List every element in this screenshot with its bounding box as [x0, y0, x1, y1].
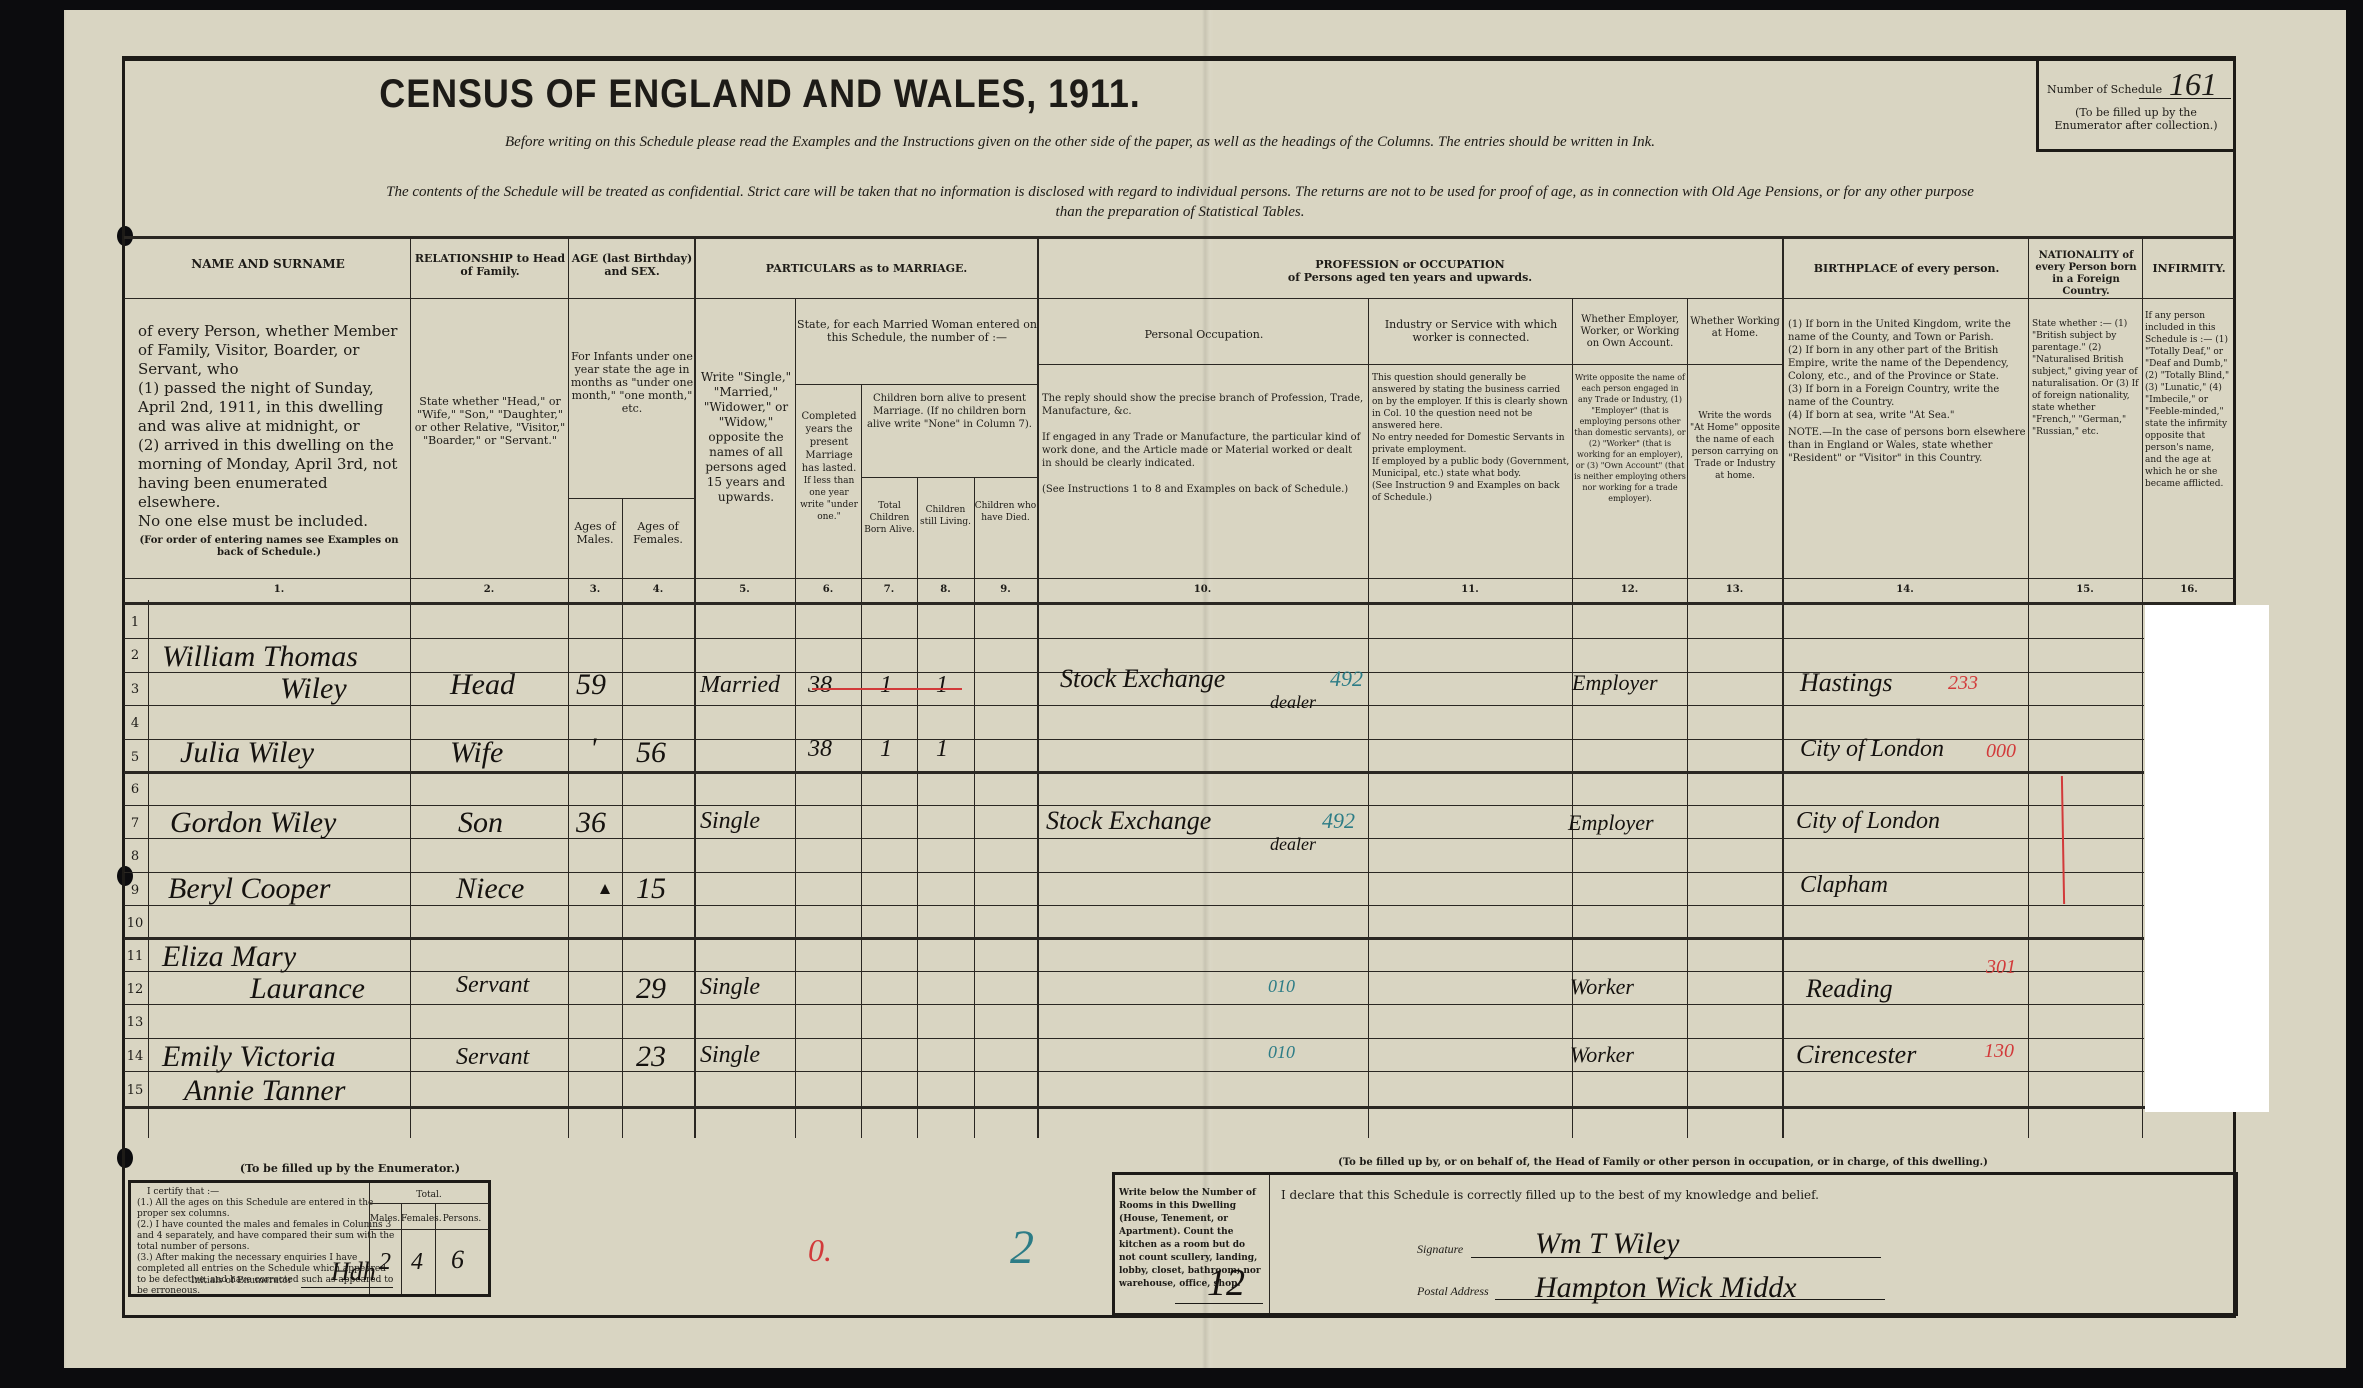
col-nationality-desc: State whether :— (1) "British subject by… [2032, 318, 2140, 438]
total-persons[interactable]: 6 [451, 1245, 464, 1275]
redacted-infirmity-column [2145, 605, 2269, 1112]
col-years-married-desc: Completed years the present Marriage has… [797, 410, 861, 523]
row-number: 10 [124, 916, 146, 931]
col-employer: Whether Employer, Worker, or Working on … [1573, 314, 1687, 350]
entry-relationship[interactable]: Son [458, 806, 503, 840]
initials-underline [301, 1287, 393, 1288]
row-number: 12 [124, 982, 146, 997]
entry-occupation-code: 492 [1330, 666, 1363, 692]
col-number-14: 14. [1782, 584, 2028, 596]
entry-birthplace[interactable]: Cirencester [1796, 1040, 1916, 1070]
entry-relationship[interactable]: Head [450, 668, 515, 702]
entry-children-born[interactable]: 1 [880, 736, 892, 763]
instruction-line: Before writing on this Schedule please r… [140, 134, 2020, 151]
col-age-header: AGE (last Birthday) and SEX. [570, 252, 694, 278]
col-number-12: 12. [1572, 584, 1687, 596]
confidential-line-2: than the preparation of Statistical Tabl… [140, 202, 2220, 222]
row-number: 7 [124, 816, 146, 831]
head-declaration-box: Write below the Number of Rooms in this … [1112, 1172, 2238, 1316]
row-number: 4 [124, 716, 146, 731]
row-number: 11 [124, 949, 146, 964]
entry-occupation-detail[interactable]: dealer [1270, 834, 1316, 855]
signature-value[interactable]: Wm T Wiley [1535, 1227, 1679, 1261]
postal-address-value[interactable]: Hampton Wick Middx [1535, 1271, 1797, 1305]
entry-surname[interactable]: Laurance [250, 972, 365, 1006]
entry-children-born[interactable]: 1 [880, 672, 892, 699]
page-title: CENSUS OF ENGLAND AND WALES, 1911. [76, 72, 1444, 117]
col-industry: Industry or Service with which worker is… [1370, 318, 1572, 344]
col-married-woman-desc: State, for each Married Woman entered on… [797, 318, 1037, 344]
total-label: Total. [369, 1189, 489, 1202]
entry-occupation-code: 010 [1268, 1042, 1295, 1063]
entry-condition[interactable]: Single [700, 808, 760, 835]
col-number-3: 3. [568, 584, 622, 596]
entry-relationship[interactable]: Servant [456, 972, 529, 999]
schedule-number-label: Number of Schedule [2047, 83, 2162, 96]
col-industry-desc: This question should generally be answer… [1372, 372, 1570, 504]
entry-age-male[interactable]: 59 [576, 668, 606, 702]
col-age-females: Ages of Females. [622, 520, 694, 546]
schedule-number-note: (To be filled up by the Enumerator after… [2043, 106, 2229, 132]
red-strike-line [812, 688, 962, 690]
entry-birthplace-code: 233 [1948, 672, 1978, 695]
col-number-1: 1. [148, 584, 410, 596]
col-number-7: 7. [861, 584, 917, 596]
col-infirmity-desc: If any person included in this Schedule … [2145, 310, 2233, 490]
entry-age-female[interactable]: 29 [636, 972, 666, 1006]
entry-name[interactable]: Gordon Wiley [170, 806, 336, 840]
total-males[interactable]: 2 [379, 1249, 391, 1276]
row-number: 14 [124, 1049, 146, 1064]
row-number: 1 [124, 615, 146, 630]
entry-years-married[interactable]: 38 [808, 672, 832, 699]
col-birthplace-desc: (1) If born in the United Kingdom, write… [1788, 318, 2026, 465]
entry-years-married[interactable]: 38 [808, 736, 832, 763]
col-name-desc: of every Person, whether Member of Famil… [138, 322, 400, 559]
entry-children-living[interactable]: 1 [936, 672, 948, 699]
certify-label: I certify that :— [137, 1187, 397, 1198]
entry-birthplace[interactable]: City of London [1800, 736, 1944, 763]
col-birthplace-header: BIRTHPLACE of every person. [1785, 262, 2028, 275]
males-label: Males. [369, 1213, 401, 1226]
entry-surname[interactable]: Wiley [280, 672, 347, 706]
col-children-desc: Children born alive to present Marriage.… [862, 392, 1037, 431]
entry-birthplace[interactable]: Hastings [1800, 668, 1892, 698]
entry-name[interactable]: Emily Victoria [162, 1040, 336, 1074]
row-number: 8 [124, 849, 146, 864]
row-number: 9 [124, 883, 146, 898]
confidential-notice: The contents of the Schedule will be tre… [140, 182, 2220, 222]
rooms-count[interactable]: 12 [1207, 1261, 1245, 1305]
row-number: 3 [124, 682, 146, 697]
col-number-2: 2. [410, 584, 568, 596]
col-number-16: 16. [2142, 584, 2236, 596]
entry-age-female[interactable]: 15 [636, 872, 666, 906]
col-occupation-header: PROFESSION or OCCUPATION of Persons aged… [1040, 258, 1780, 284]
entry-surname[interactable]: Annie Tanner [184, 1074, 345, 1108]
row-number: 13 [124, 1015, 146, 1030]
entry-occupation-code: 010 [1268, 976, 1295, 997]
persons-label: Persons. [435, 1213, 489, 1226]
enumerator-red-mark: 0. [808, 1232, 832, 1269]
rooms-underline [1175, 1303, 1263, 1304]
enumerator-blue-mark: 2 [1010, 1220, 1034, 1275]
entry-children-living[interactable]: 1 [936, 736, 948, 763]
entry-name[interactable]: William Thomas [162, 640, 358, 674]
entry-name[interactable]: Julia Wiley [180, 736, 314, 770]
postal-address-label: Postal Address [1417, 1285, 1527, 1298]
entry-name[interactable]: Beryl Cooper [168, 872, 330, 906]
entry-name[interactable]: Eliza Mary [162, 940, 296, 974]
entry-birthplace-code: 000 [1986, 740, 2016, 763]
header-mid-rule [124, 298, 2234, 299]
entry-age-female[interactable]: 23 [636, 1040, 666, 1074]
entry-condition[interactable]: Married [700, 672, 780, 699]
col-total-born: Total Children Born Alive. [862, 500, 917, 536]
entry-age-male[interactable]: 36 [576, 806, 606, 840]
col-number-15: 15. [2028, 584, 2142, 596]
col-name-header: NAME AND SURNAME [126, 258, 410, 271]
header-bottom-rule [124, 578, 2234, 579]
entry-relationship[interactable]: Servant [456, 1044, 529, 1071]
col-employer-desc: Write opposite the name of each person e… [1574, 372, 1686, 504]
col-number-6: 6. [795, 584, 861, 596]
entry-employment[interactable]: Employer [1568, 810, 1654, 836]
certify-item-2: (2.) I have counted the males and female… [137, 1220, 397, 1253]
entry-age-female[interactable]: 56 [636, 736, 666, 770]
header-top-rule [124, 236, 2234, 239]
head-section-heading: (To be filled up by, or on behalf of, th… [1148, 1156, 2178, 1169]
entry-birthplace-code: 301 [1986, 956, 2016, 979]
entry-occupation[interactable]: Stock Exchange [1060, 664, 1225, 694]
col-nationality-header: NATIONALITY of every Person born in a Fo… [2030, 250, 2142, 298]
total-females[interactable]: 4 [411, 1249, 423, 1276]
entry-birthplace[interactable]: Reading [1806, 974, 1893, 1004]
col-home-desc: Write the words "At Home" opposite the n… [1690, 410, 1780, 482]
entry-condition[interactable]: Single [700, 974, 760, 1001]
col-number-5: 5. [694, 584, 795, 596]
col-number-4: 4. [622, 584, 694, 596]
females-label: Females. [401, 1213, 435, 1226]
confidential-line-1: The contents of the Schedule will be tre… [140, 182, 2220, 202]
col-age-desc: For Infants under one year state the age… [570, 350, 694, 415]
entry-occupation-code: 492 [1322, 808, 1355, 834]
col-infirmity-header: INFIRMITY. [2143, 262, 2235, 275]
col-number-8: 8. [917, 584, 974, 596]
certify-item-1: (1.) All the ages on this Schedule are e… [137, 1198, 397, 1220]
entry-age-male-mark[interactable]: ' [590, 732, 596, 766]
row-number: 6 [124, 782, 146, 797]
signature-label: Signature [1417, 1243, 1507, 1256]
col-personal-occupation: Personal Occupation. [1040, 328, 1368, 341]
entry-birthplace[interactable]: Clapham [1800, 872, 1888, 899]
col-marriage-header: PARTICULARS as to MARRIAGE. [696, 262, 1037, 275]
row-number: 5 [124, 750, 146, 765]
entry-employment[interactable]: Worker [1570, 974, 1634, 1000]
col-number-11: 11. [1368, 584, 1572, 596]
entry-occupation-detail[interactable]: dealer [1270, 692, 1316, 713]
enumerator-certification-box: I certify that :— (1.) All the ages on t… [128, 1180, 491, 1297]
entry-birthplace-code: 130 [1984, 1040, 2014, 1063]
entry-employment[interactable]: Worker [1570, 1042, 1634, 1068]
number-row-rule [124, 602, 2234, 605]
entry-relationship[interactable]: Niece [456, 872, 524, 906]
col-died: Children who have Died. [974, 500, 1037, 524]
entry-relationship[interactable]: Wife [450, 736, 503, 770]
col-age-males: Ages of Males. [568, 520, 622, 546]
entry-birthplace[interactable]: City of London [1796, 808, 1940, 835]
col-relationship-header: RELATIONSHIP to Head of Family. [412, 252, 568, 278]
col-relationship-desc: State whether "Head," or "Wife," "Son," … [414, 395, 566, 447]
schedule-number-value[interactable]: 161 [2169, 66, 2217, 103]
row-number: 15 [124, 1083, 146, 1098]
row-number: 2 [124, 648, 146, 663]
col-home: Whether Working at Home. [1688, 316, 1782, 340]
schedule-number-box: Number of Schedule 161 (To be filled up … [2036, 58, 2236, 152]
col-number-10: 10. [1037, 584, 1368, 596]
col-number-13: 13. [1687, 584, 1782, 596]
col-marriage-condition-desc: Write "Single," "Married," "Widower," or… [698, 370, 794, 505]
col-still-living: Children still Living. [917, 504, 974, 528]
col-personal-desc: The reply should show the precise branch… [1042, 392, 1364, 496]
entry-employment[interactable]: Employer [1572, 670, 1658, 696]
entry-condition[interactable]: Single [700, 1042, 760, 1069]
enumerator-heading: (To be filled up by the Enumerator.) [200, 1162, 500, 1175]
entry-occupation[interactable]: Stock Exchange [1046, 806, 1211, 836]
col-number-9: 9. [974, 584, 1037, 596]
declaration-text: I declare that this Schedule is correctl… [1281, 1189, 1981, 1202]
